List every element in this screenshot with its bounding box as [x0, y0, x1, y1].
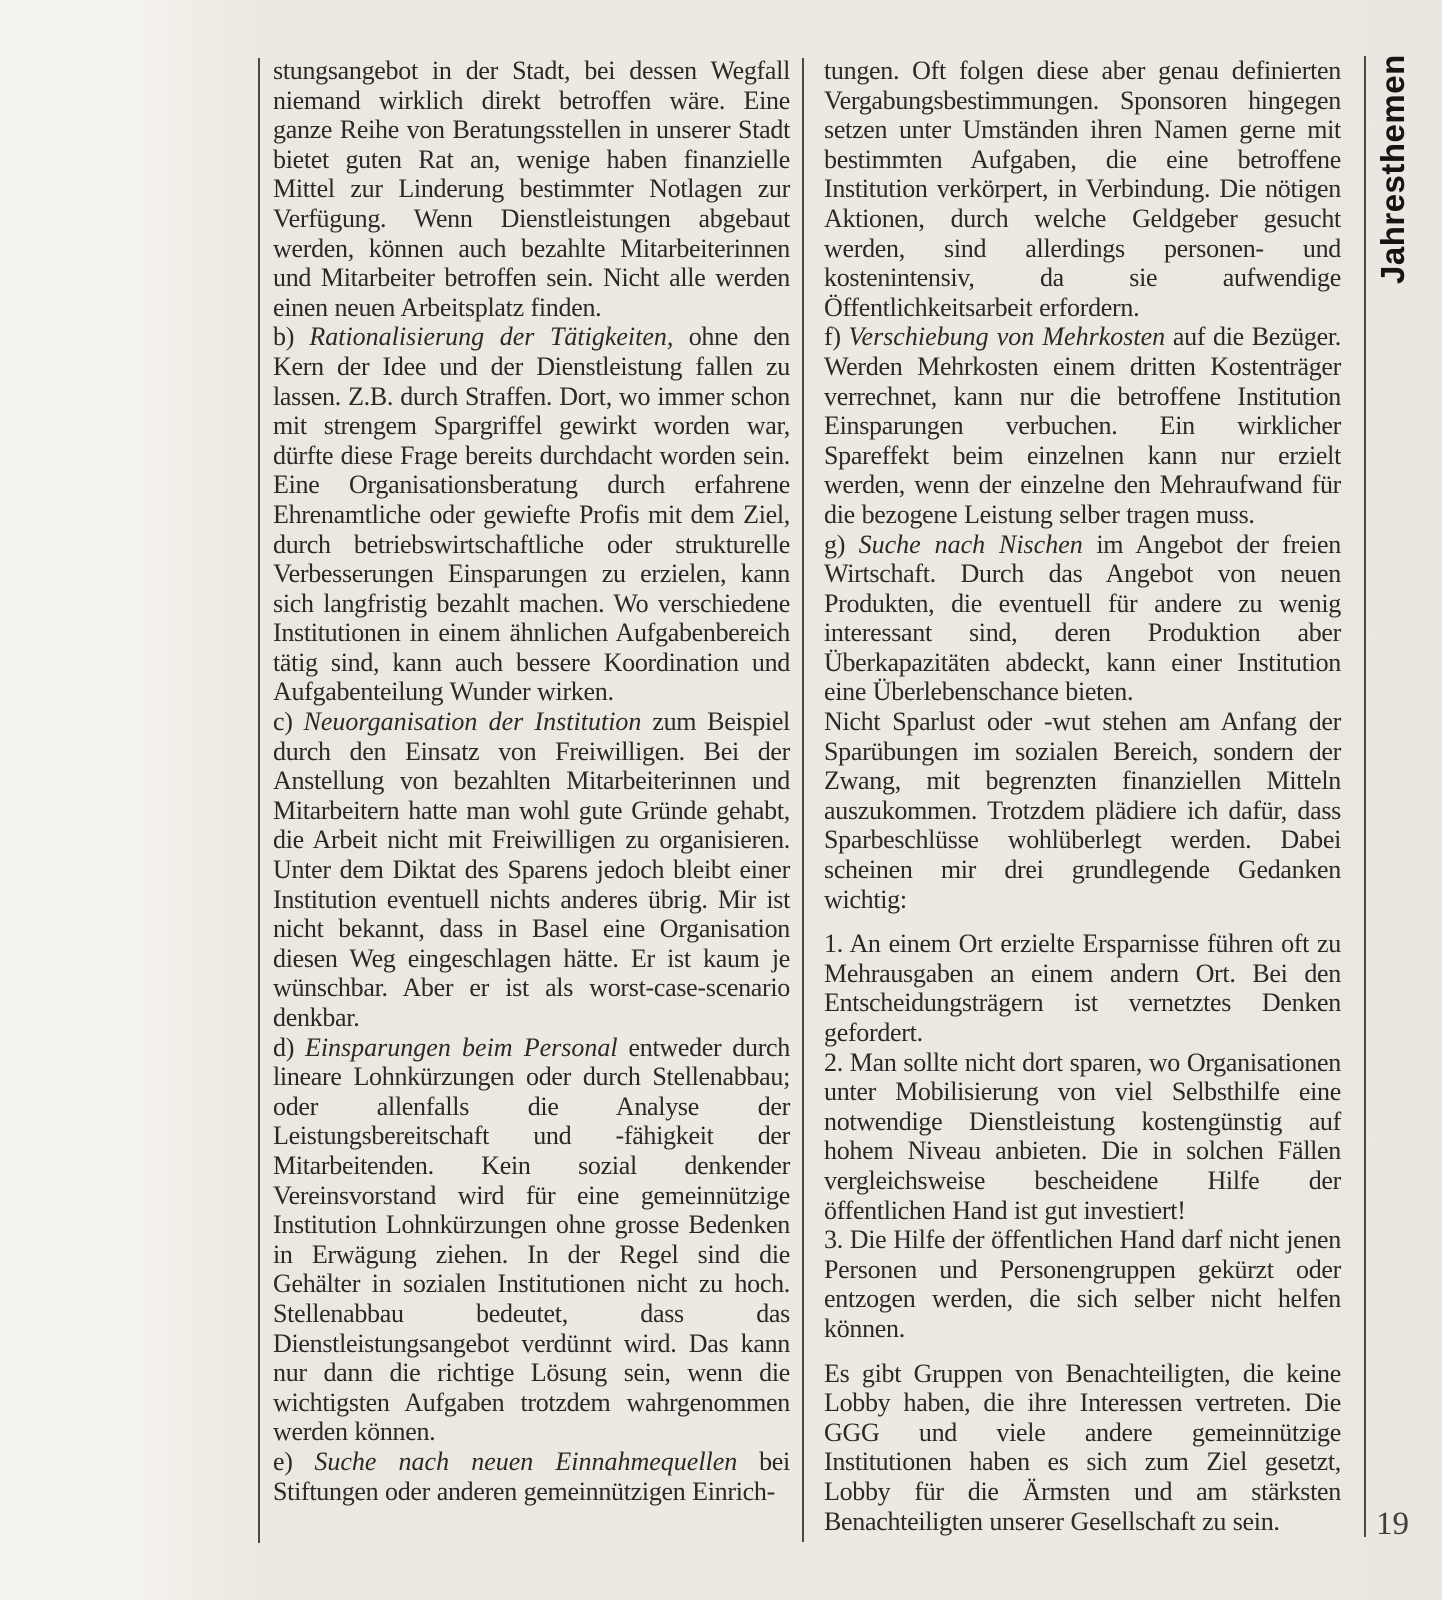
paragraph: e) Suche nach neuen Einnahmequellen bei …	[273, 1447, 790, 1506]
paragraph: f) Verschiebung von Mehrkosten auf die B…	[824, 322, 1341, 529]
paragraph: d) Einsparungen beim Personal entweder d…	[273, 1033, 790, 1447]
paragraph: Nicht Sparlust oder -wut stehen am Anfan…	[824, 707, 1341, 914]
paragraph: 2. Man sollte nicht dort sparen, wo Orga…	[824, 1048, 1341, 1226]
text-run: d)	[273, 1033, 305, 1062]
italic-run: Verschiebung von Mehrkosten	[849, 322, 1166, 351]
sidebar-rule	[1364, 56, 1366, 1537]
paragraph: c) Neuorganisation der Institution zum B…	[273, 707, 790, 1033]
text-run: e)	[273, 1447, 314, 1476]
paragraph: stungsangebot in der Stadt, bei dessen W…	[273, 56, 790, 322]
text-run: tungen. Oft folgen diese aber genau defi…	[824, 56, 1341, 322]
paragraph: g) Suche nach Nischen im Angebot der fre…	[824, 530, 1341, 708]
italic-run: Suche nach Nischen	[859, 530, 1083, 559]
italic-run: Rationalisierung der Tätigkeiten,	[309, 322, 673, 351]
italic-run: Neuorganisation der Institution	[304, 707, 642, 736]
paragraph: 3. Die Hilfe der öffentlichen Hand darf …	[824, 1225, 1341, 1343]
text-run: entweder durch lineare Lohnkürzungen ode…	[273, 1033, 790, 1447]
text-run: g)	[824, 530, 859, 559]
text-run: stungsangebot in der Stadt, bei dessen W…	[273, 56, 790, 322]
column-divider-rule	[802, 58, 804, 1542]
text-run: zum Beispiel durch den Einsatz von Freiw…	[273, 707, 790, 1032]
magazine-page: stungsangebot in der Stadt, bei dessen W…	[0, 0, 1442, 1600]
paragraph: tungen. Oft folgen diese aber genau defi…	[824, 56, 1341, 322]
text-run: c)	[273, 707, 304, 736]
text-run: Es gibt Gruppen von Benachteiligten, die…	[824, 1359, 1341, 1536]
paragraph: b) Rationalisierung der Tätigkeiten, ohn…	[273, 322, 790, 707]
left-column: stungsangebot in der Stadt, bei dessen W…	[273, 56, 790, 1506]
text-run: 1. An einem Ort erzielte Ersparnisse füh…	[824, 929, 1341, 1047]
text-run: ohne den Kern der Idee und der Dienstlei…	[273, 322, 790, 706]
right-column: tungen. Oft folgen diese aber genau defi…	[824, 56, 1341, 1536]
italic-run: Suche nach neuen Einnahmequellen	[314, 1447, 737, 1476]
left-column-rule	[258, 58, 260, 1543]
italic-run: Einsparungen beim Personal	[305, 1033, 618, 1062]
paragraph: 1. An einem Ort erzielte Ersparnisse füh…	[824, 929, 1341, 1047]
paragraph: Es gibt Gruppen von Benachteiligten, die…	[824, 1359, 1341, 1537]
page-number: 19	[1376, 1506, 1409, 1542]
text-run: 2. Man sollte nicht dort sparen, wo Orga…	[824, 1048, 1341, 1225]
text-run: auf die Bezüger. Werden Mehrkosten einem…	[824, 322, 1341, 529]
text-run: Nicht Sparlust oder -wut stehen am Anfan…	[824, 707, 1341, 914]
text-run: f)	[824, 322, 849, 351]
sidebar-label: Jahresthemen	[1372, 52, 1414, 284]
text-run: b)	[273, 322, 309, 351]
text-run: 3. Die Hilfe der öffentlichen Hand darf …	[824, 1225, 1341, 1343]
